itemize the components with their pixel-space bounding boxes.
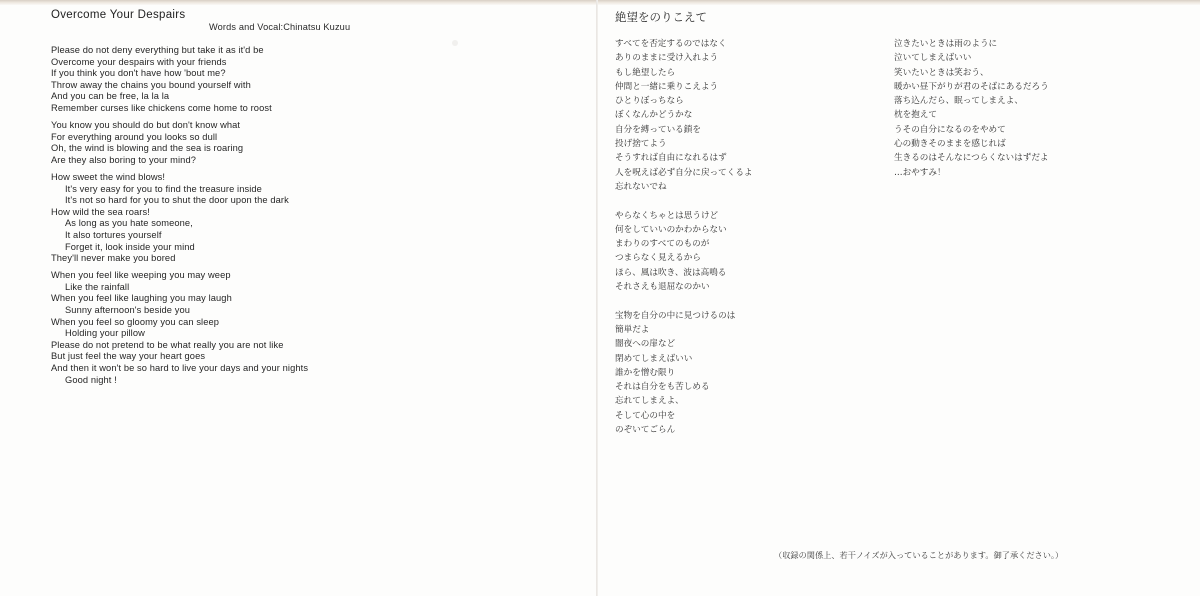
lyric-line: つまらなく見えるから bbox=[615, 251, 753, 265]
lyric-line: そして心の中を bbox=[615, 409, 753, 423]
japanese-stanza-2: やらなくちゃとは思うけど 何をしていいのかわからない まわりのすべてのものが つ… bbox=[615, 209, 753, 295]
lyric-line: やらなくちゃとは思うけど bbox=[615, 209, 753, 223]
left-page-english: Overcome Your Despairs Words and Vocal:C… bbox=[0, 0, 596, 596]
lyric-line: How wild the sea roars! bbox=[51, 207, 308, 219]
lyric-line: まわりのすべてのものが bbox=[615, 237, 753, 251]
lyric-line: Please do not deny everything but take i… bbox=[51, 45, 308, 57]
lyric-line: 暖かい昼下がりが君のそばにあるだろう bbox=[894, 80, 1049, 94]
lyric-line: Are they also boring to your mind? bbox=[51, 155, 308, 167]
lyric-line: ぼくなんかどうかな bbox=[615, 108, 753, 122]
lyric-line: Remember curses like chickens come home … bbox=[51, 103, 308, 115]
lyric-line: 忘れないでね bbox=[615, 180, 753, 194]
lyric-line: Please do not pretend to be what really … bbox=[51, 340, 308, 352]
lyric-line-indented: Forget it, look inside your mind bbox=[51, 242, 308, 254]
lyric-line: それさえも退屈なのかい bbox=[615, 280, 753, 294]
lyric-line: それは自分をも苦しめる bbox=[615, 380, 753, 394]
lyric-line: 自分を縛っている鎖を bbox=[615, 123, 753, 137]
japanese-stanza-3: 宝物を自分の中に見つけるのは 簡単だよ 闇夜への扉など 閉めてしまえばいい 誰か… bbox=[615, 309, 753, 438]
lyric-line: 仲間と一緒に乗りこえよう bbox=[615, 80, 753, 94]
lyric-line: のぞいてごらん bbox=[615, 423, 753, 437]
english-stanza-3: How sweet the wind blows! It's very easy… bbox=[51, 172, 308, 265]
lyric-line: 泣きたいときは雨のように bbox=[894, 37, 1049, 51]
lyric-line: ほら、風は吹き、波は高鳴る bbox=[615, 266, 753, 280]
lyric-line: 生きるのはそんなにつらくないはずだよ bbox=[894, 151, 1049, 165]
lyric-sheet-spread: Overcome Your Despairs Words and Vocal:C… bbox=[0, 0, 1200, 596]
lyric-line-indented: It also tortures yourself bbox=[51, 230, 308, 242]
english-stanza-2: You know you should do but don't know wh… bbox=[51, 120, 308, 166]
lyric-line: How sweet the wind blows! bbox=[51, 172, 308, 184]
right-page-japanese: 絶望をのりこえて すべてを否定するのではなく ありのままに受け入れよう もし絶望… bbox=[598, 0, 1200, 596]
lyric-line: And you can be free, la la la bbox=[51, 91, 308, 103]
lyric-line-indented: It's not so hard for you to shut the doo… bbox=[51, 195, 308, 207]
lyric-line: 人を呪えば必ず自分に戻ってくるよ bbox=[615, 166, 753, 180]
english-stanza-1: Please do not deny everything but take i… bbox=[51, 45, 308, 115]
lyric-line: 閉めてしまえばいい bbox=[615, 352, 753, 366]
lyric-line: For everything around you looks so dull bbox=[51, 132, 308, 144]
lyric-line-indented: Holding your pillow bbox=[51, 328, 308, 340]
lyric-line: 簡単だよ bbox=[615, 323, 753, 337]
lyric-line-indented: Like the rainfall bbox=[51, 282, 308, 294]
lyric-line: 落ち込んだら、眠ってしまえよ、 bbox=[894, 94, 1049, 108]
english-lyrics: Please do not deny everything but take i… bbox=[51, 45, 308, 392]
japanese-stanza-1: すべてを否定するのではなく ありのままに受け入れよう もし絶望したら 仲間と一緒… bbox=[615, 37, 753, 194]
lyric-line: And then it won't be so hard to live you… bbox=[51, 363, 308, 375]
paper-speck bbox=[452, 40, 458, 46]
song-title-english: Overcome Your Despairs bbox=[51, 9, 185, 21]
lyric-line: 泣いてしまえばいい bbox=[894, 51, 1049, 65]
recording-noise-note: （収録の関係上、若干ノイズが入っていることがあります。御了承ください。） bbox=[774, 550, 1063, 561]
song-title-japanese: 絶望をのりこえて bbox=[615, 9, 707, 25]
lyric-line: If you think you don't have how 'bout me… bbox=[51, 68, 308, 80]
lyric-line: 何をしていいのかわからない bbox=[615, 223, 753, 237]
lyric-line: 宝物を自分の中に見つけるのは bbox=[615, 309, 753, 323]
lyric-line: Throw away the chains you bound yourself… bbox=[51, 80, 308, 92]
lyric-line: ひとりぼっちなら bbox=[615, 94, 753, 108]
lyric-line: もし絶望したら bbox=[615, 66, 753, 80]
lyric-line: 誰かを憎む限り bbox=[615, 366, 753, 380]
lyric-line: Overcome your despairs with your friends bbox=[51, 57, 308, 69]
japanese-stanza-4: 泣きたいときは雨のように 泣いてしまえばいい 笑いたいときは笑おう、 暖かい昼下… bbox=[894, 37, 1049, 180]
english-stanza-4: When you feel like weeping you may weep … bbox=[51, 270, 308, 386]
lyric-line: They'll never make you bored bbox=[51, 253, 308, 265]
japanese-lyrics-column-1: すべてを否定するのではなく ありのままに受け入れよう もし絶望したら 仲間と一緒… bbox=[615, 37, 753, 452]
lyric-line: すべてを否定するのではなく bbox=[615, 37, 753, 51]
lyric-line-indented: Good night ! bbox=[51, 375, 308, 387]
lyric-line: Oh, the wind is blowing and the sea is r… bbox=[51, 143, 308, 155]
lyric-line: You know you should do but don't know wh… bbox=[51, 120, 308, 132]
lyric-line: 投げ捨てよう bbox=[615, 137, 753, 151]
lyric-line: …おやすみ！ bbox=[894, 166, 1049, 180]
lyric-line: うその自分になるのをやめて bbox=[894, 123, 1049, 137]
song-credit: Words and Vocal:Chinatsu Kuzuu bbox=[209, 22, 350, 32]
lyric-line: 闇夜への扉など bbox=[615, 337, 753, 351]
lyric-line: 笑いたいときは笑おう、 bbox=[894, 66, 1049, 80]
lyric-line: When you feel so gloomy you can sleep bbox=[51, 317, 308, 329]
lyric-line: 心の動きそのままを感じれば bbox=[894, 137, 1049, 151]
lyric-line-indented: It's very easy for you to find the treas… bbox=[51, 184, 308, 196]
lyric-line-indented: As long as you hate someone, bbox=[51, 218, 308, 230]
lyric-line: When you feel like weeping you may weep bbox=[51, 270, 308, 282]
lyric-line: ありのままに受け入れよう bbox=[615, 51, 753, 65]
lyric-line: 枕を抱えて bbox=[894, 108, 1049, 122]
lyric-line: 忘れてしまえよ、 bbox=[615, 394, 753, 408]
lyric-line: そうすれば自由になれるはず bbox=[615, 151, 753, 165]
japanese-lyrics-column-2: 泣きたいときは雨のように 泣いてしまえばいい 笑いたいときは笑おう、 暖かい昼下… bbox=[894, 37, 1049, 194]
lyric-line-indented: Sunny afternoon's beside you bbox=[51, 305, 308, 317]
lyric-line: But just feel the way your heart goes bbox=[51, 351, 308, 363]
lyric-line: When you feel like laughing you may laug… bbox=[51, 293, 308, 305]
